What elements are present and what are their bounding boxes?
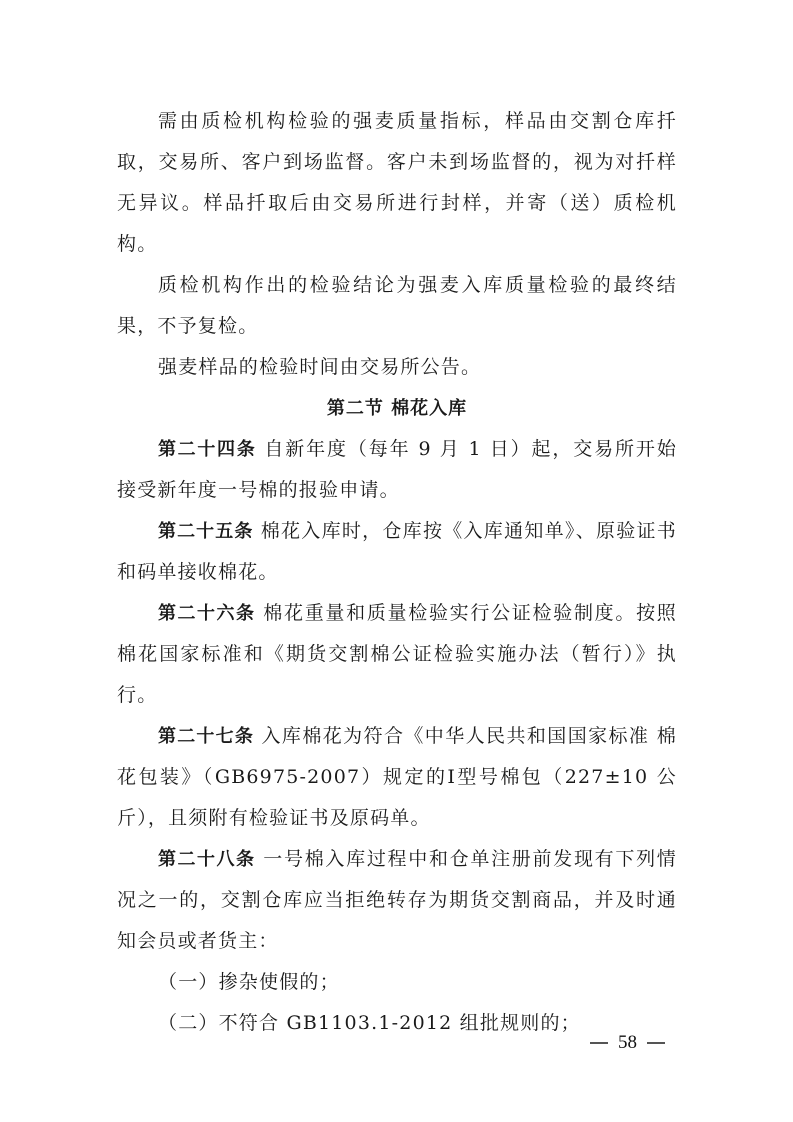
article-label: 第二十六条 bbox=[158, 603, 256, 624]
page-content: 需由质检机构检验的强麦质量指标，样品由交割仓库扦取，交易所、客户到场监督。客户未… bbox=[117, 101, 677, 1044]
paragraph-inspection-conclusion: 质检机构作出的检验结论为强麦入库质量检验的最终结果，不予复检。 bbox=[117, 265, 677, 347]
article-label: 第二十五条 bbox=[158, 521, 253, 542]
article-label: 第二十四条 bbox=[158, 439, 256, 460]
article-label: 第二十七条 bbox=[158, 726, 254, 747]
dash-left-icon bbox=[590, 1042, 608, 1044]
article-25: 第二十五条 棉花入库时，仓库按《入库通知单》、原验证书和码单接收棉花。 bbox=[117, 511, 677, 593]
paragraph-sampling: 需由质检机构检验的强麦质量指标，样品由交割仓库扦取，交易所、客户到场监督。客户未… bbox=[117, 101, 677, 265]
article-27: 第二十七条 入库棉花为符合《中华人民共和国国家标准 棉花包装》（GB6975-2… bbox=[117, 716, 677, 839]
section-heading: 第二节 棉花入库 bbox=[117, 388, 677, 429]
list-item-1: （一）掺杂使假的； bbox=[117, 962, 677, 1003]
paragraph-inspection-time: 强麦样品的检验时间由交易所公告。 bbox=[117, 347, 677, 388]
page-number: 58 bbox=[590, 1032, 665, 1054]
article-28: 第二十八条 一号棉入库过程中和仓单注册前发现有下列情况之一的，交割仓库应当拒绝转… bbox=[117, 839, 677, 962]
document-page: 需由质检机构检验的强麦质量指标，样品由交割仓库扦取，交易所、客户到场监督。客户未… bbox=[0, 0, 793, 1122]
article-26: 第二十六条 棉花重量和质量检验实行公证检验制度。按照棉花国家标准和《期货交割棉公… bbox=[117, 593, 677, 716]
dash-right-icon bbox=[647, 1042, 665, 1044]
page-number-value: 58 bbox=[618, 1032, 637, 1054]
article-label: 第二十八条 bbox=[158, 849, 256, 870]
article-24: 第二十四条 自新年度（每年 9 月 1 日）起，交易所开始接受新年度一号棉的报验… bbox=[117, 429, 677, 511]
